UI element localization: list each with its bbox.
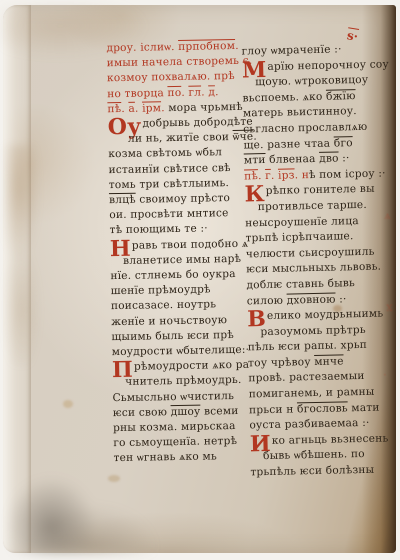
ink-offset-mark: х	[386, 300, 393, 314]
text-segment: разоумомь прѣтрь	[260, 324, 366, 338]
text-segment: влцѣ	[109, 194, 136, 206]
text-segment: ірм	[142, 102, 161, 114]
text-segment: вьспоемь. ѧко	[242, 90, 326, 104]
text-segment: но творца	[107, 87, 167, 100]
text-segment: дроу. іслиѡ.	[106, 41, 178, 54]
fox-spot	[63, 400, 73, 408]
text-segment: женїе и ночьствоую	[111, 314, 227, 328]
text-column-left: дроу. іслиѡ. прпобном.имыи начела створе…	[106, 39, 247, 467]
text-segment: бгословь	[297, 402, 348, 415]
text-segment: тоу чрѣвоу	[248, 356, 314, 369]
text-segment: челюсти сьисроушиль	[246, 245, 375, 260]
ink-offset-mark: ·	[383, 368, 387, 382]
ink-offset-mark: ѧ	[384, 208, 391, 223]
text-segment: козмоу похвалѧю. прѣ	[107, 70, 235, 84]
text-segment: рны козма. мирьскаа	[113, 420, 236, 434]
text-segment: пѣ	[244, 170, 258, 182]
text-segment: мати	[348, 401, 380, 414]
text-segment: глоу ѡмраченїе :·	[241, 43, 341, 57]
page-left-edge	[3, 5, 31, 553]
text-segment: бго	[334, 137, 353, 149]
text-segment: бжїю	[326, 90, 356, 103]
text-segment: рѣмоудрости ѧко ра	[134, 359, 249, 373]
text-segment: щыимь быль ѥси прѣ	[111, 329, 234, 343]
text-segment: сьгласно прославлѧю	[243, 121, 367, 136]
text-segment: :·	[335, 293, 346, 305]
text-segment: дшоу	[171, 405, 201, 418]
text-segment: вланетисе имы нарѣ	[123, 253, 241, 267]
text-segment: .	[235, 40, 239, 52]
text-segment: прпобном	[178, 40, 235, 53]
text-segment: щоую. ѡтроковицоу	[255, 74, 368, 88]
text-segment: ѥси свою	[113, 406, 171, 419]
text-segment: неысроушенїе лица	[245, 215, 359, 229]
text-segment: силою	[247, 294, 287, 307]
text-segment: помиганемь, и рамны	[249, 386, 375, 401]
text-segment: равь твои подобно ѧ	[132, 237, 249, 251]
text-segment: мора чрьмнѣ	[168, 101, 243, 114]
text-segment: тѣ поющимь те :·	[109, 223, 207, 237]
text-segment: бывь ѡбѣшень. по	[263, 448, 365, 462]
text-segment: . н	[295, 169, 310, 181]
text-segment: ще. разне чтаа	[243, 137, 334, 151]
text-segment: ѥси мысльныхь львовь.	[246, 261, 381, 276]
text-segment: имыи начела створемь є.	[107, 55, 253, 70]
text-segment: томь три свѣтлыимь.	[109, 177, 229, 191]
text-segment: трьпѣль ѥси болѣзны	[250, 464, 374, 479]
text-segment: по	[167, 87, 181, 99]
text-segment: елико моудрьныимь	[267, 308, 384, 322]
text-segment: арїю непорочноу соу	[267, 58, 389, 73]
text-segment: прьси н	[249, 403, 297, 416]
text-segment: гл	[188, 86, 201, 98]
text-segment: .	[215, 86, 219, 98]
text-segment: всеми	[200, 405, 238, 418]
text-column-right: глоу ѡмраченїе :·Марїю непорочноу соущоу…	[241, 42, 386, 481]
text-segment: оуста разбиваемаа :·	[249, 417, 369, 432]
text-segment: Сьмысльно ѡчистиль	[112, 390, 234, 404]
text-segment: го сьмоущенїа. нетрѣ	[113, 435, 237, 449]
text-segment: матерь вьистинноу.	[243, 105, 357, 119]
text-segment: мти	[244, 154, 266, 166]
text-segment: ѣ пом ісроу :·	[309, 167, 386, 181]
text-segment: своимоу прѣсто	[136, 192, 231, 206]
fox-spot	[108, 475, 120, 482]
text-segment: ко агньць вьзнесень	[272, 432, 389, 446]
text-segment: чнитель прѣмоудрь.	[125, 374, 241, 388]
text-segment: дво	[319, 153, 339, 165]
text-segment: ои. просвѣти мнтисе	[109, 207, 228, 221]
text-segment: провѣ. растезаемыи	[248, 370, 364, 384]
text-segment: мнче	[314, 355, 344, 368]
text-segment: доблѥ ставнь бывь	[246, 277, 355, 291]
text-segment: поисазасе. ноутрь	[111, 299, 216, 313]
text-segment: ірз	[278, 169, 295, 181]
text-line: трьпѣль ѥси болѣзны	[250, 463, 386, 481]
text-segment: противльсе тарше.	[258, 199, 367, 213]
text-segment: ли нь, житїе свои	[128, 131, 233, 145]
text-segment: истаинїи свѣтисе свѣ	[108, 162, 230, 176]
text-line: тен ѡгнавь ѧко мь	[113, 449, 247, 467]
text-segment: нїе. стлнемь бо оукра	[110, 268, 236, 282]
text-segment: :·	[339, 152, 350, 164]
text-segment: рѣпко гонителе вы	[266, 183, 375, 197]
text-segment: тен ѡгнавь ѧко мь	[113, 451, 217, 465]
text-segment: пѣль ѥси рапы. хрьп	[248, 339, 367, 353]
text-segment: трьпѣ ісрѣпчаише.	[245, 230, 353, 244]
text-segment: добрывь добродѣте	[142, 116, 253, 130]
text-segment: шенїе прѣмоудрѣ	[111, 284, 211, 298]
text-segment: блвенаа	[266, 153, 320, 166]
manuscript-photo: ѕ· дроу. іслиѡ. прпобном.имыи начела ств…	[0, 0, 400, 560]
text-segment: козма свѣтомь ѡбьл	[108, 147, 222, 161]
text-segment: дховною	[287, 293, 336, 306]
